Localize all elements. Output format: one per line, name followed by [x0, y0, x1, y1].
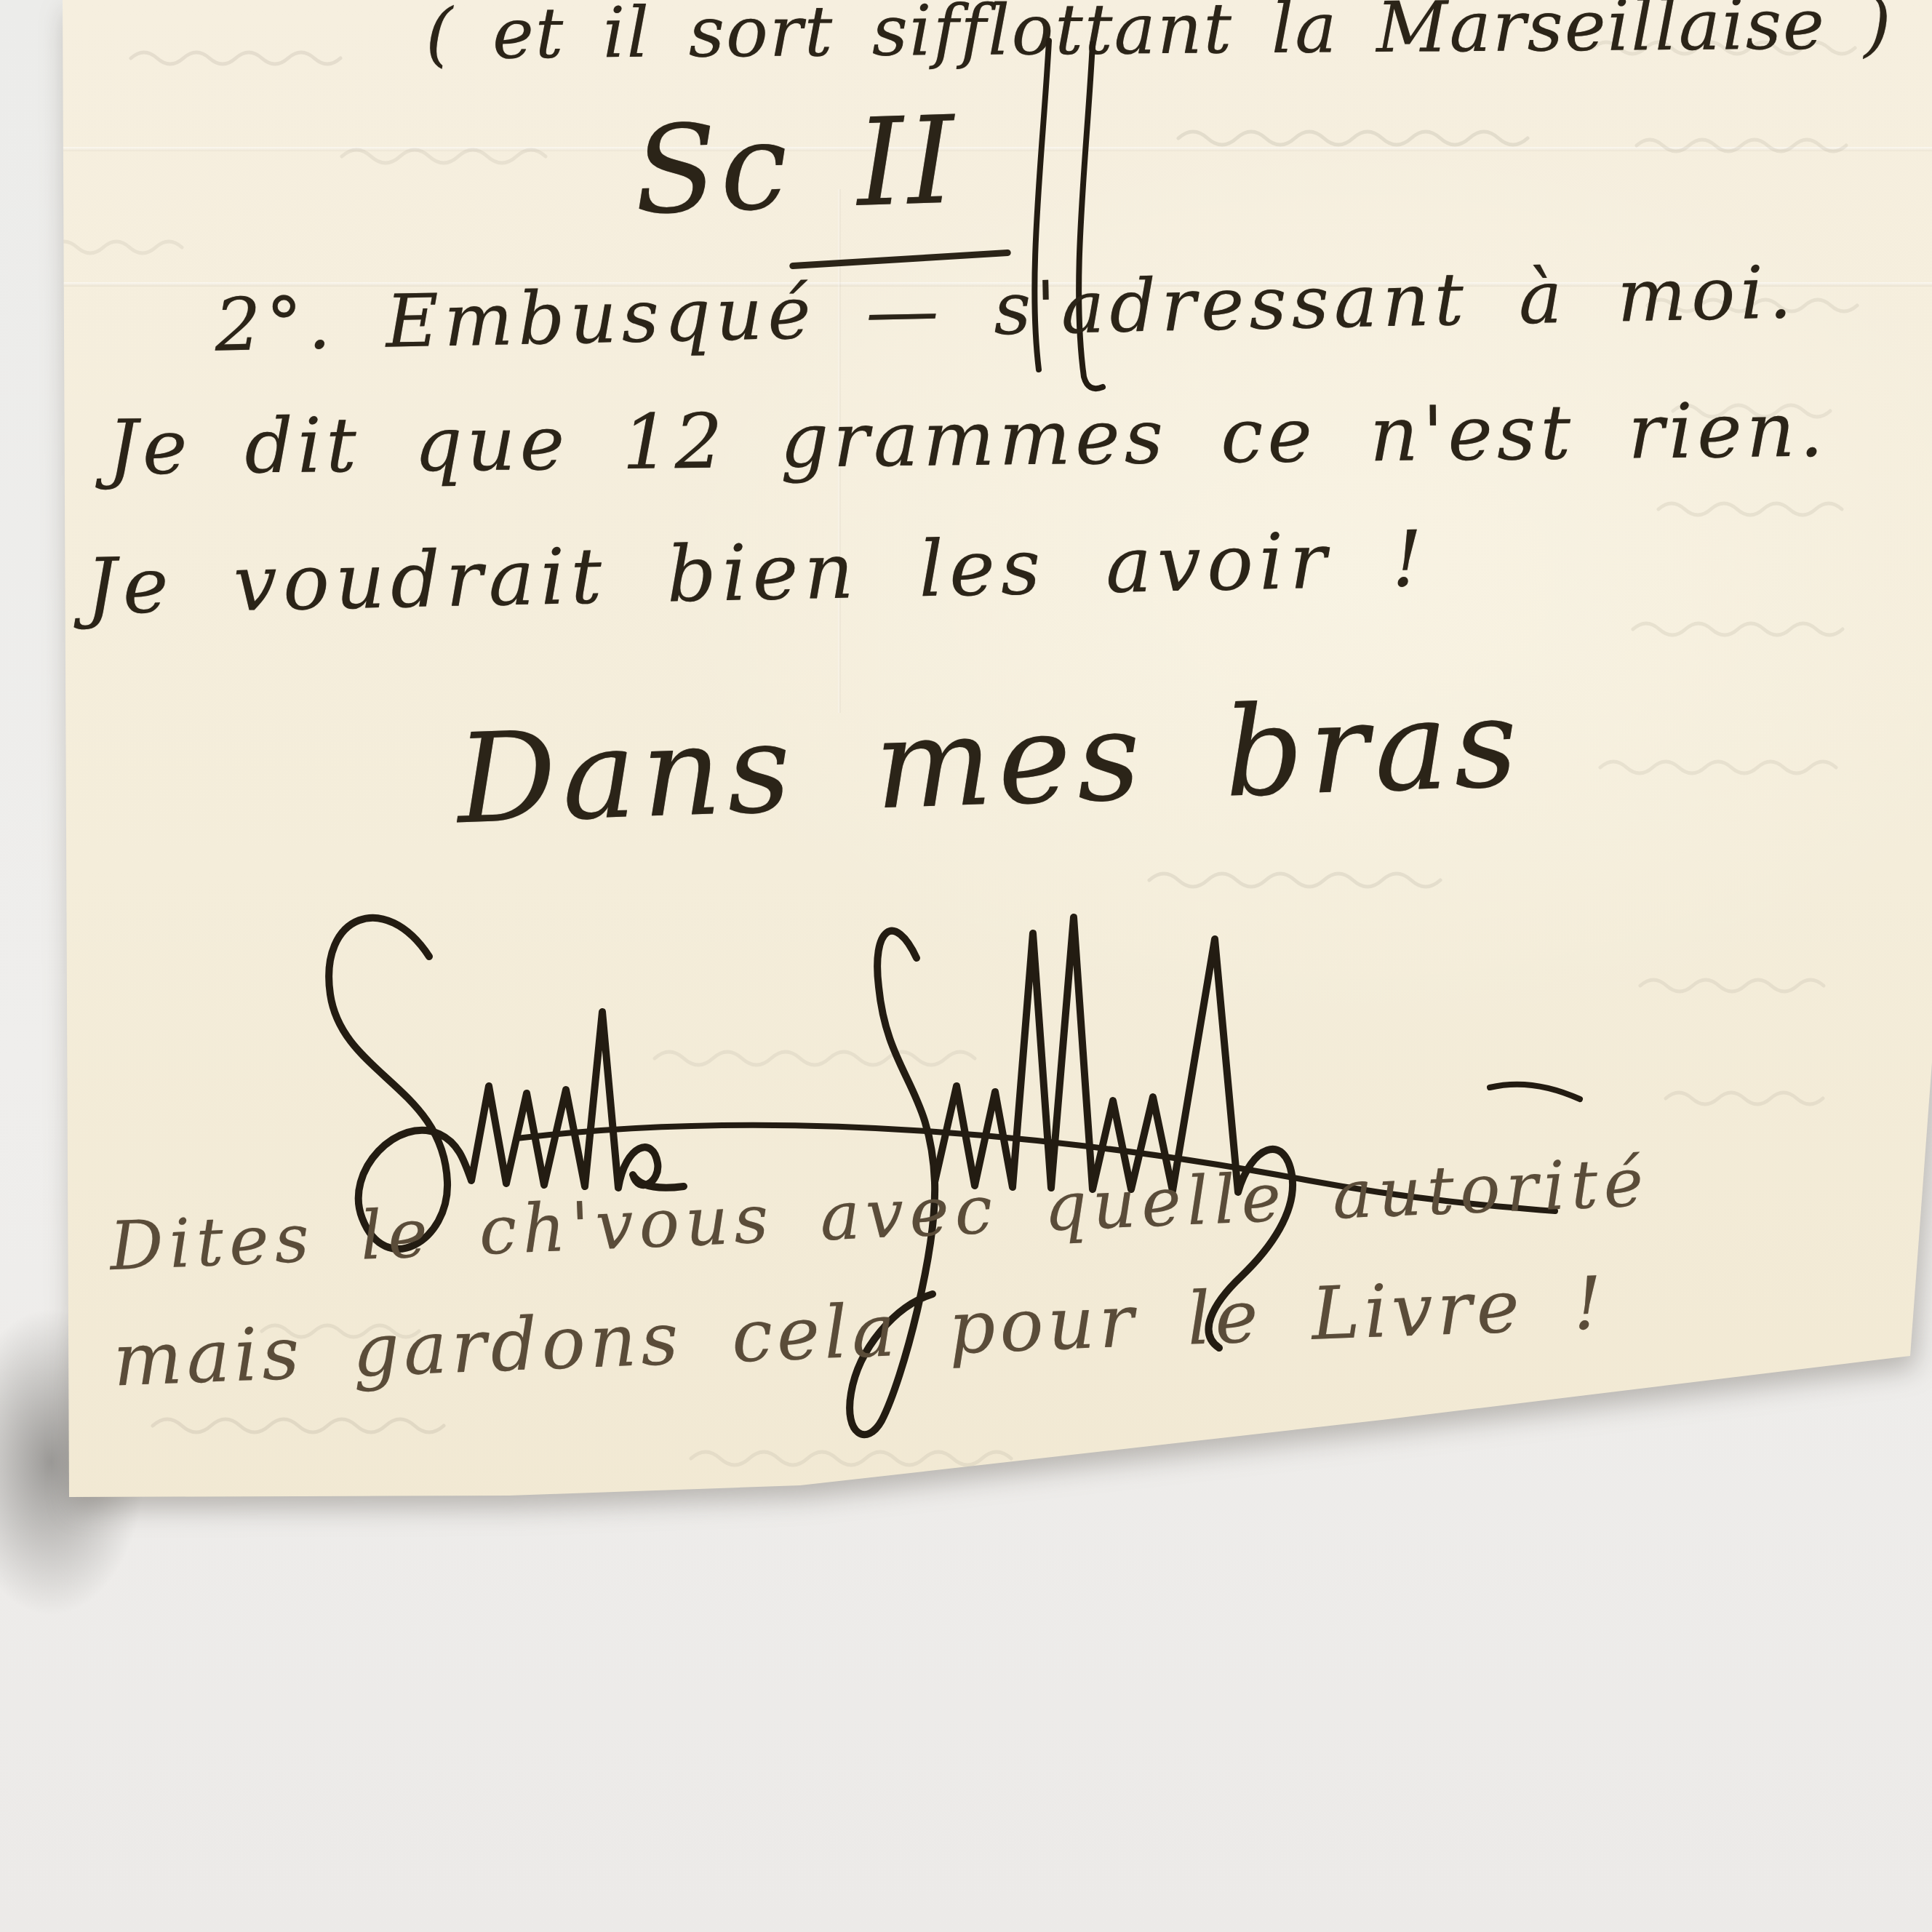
letter-photo: ( et il sort sifflottant la Marseillaise… [0, 0, 1932, 1932]
letter-line-scene-heading: Sc II [632, 90, 960, 242]
letter-paper: ( et il sort sifflottant la Marseillaise… [0, 0, 1932, 1932]
letter-line-stage-direction: ( et il sort sifflottant la Marseillaise… [426, 0, 1893, 75]
letter-line-body-1: Je dit que 12 grammes ce n'est rien. [107, 386, 1828, 492]
